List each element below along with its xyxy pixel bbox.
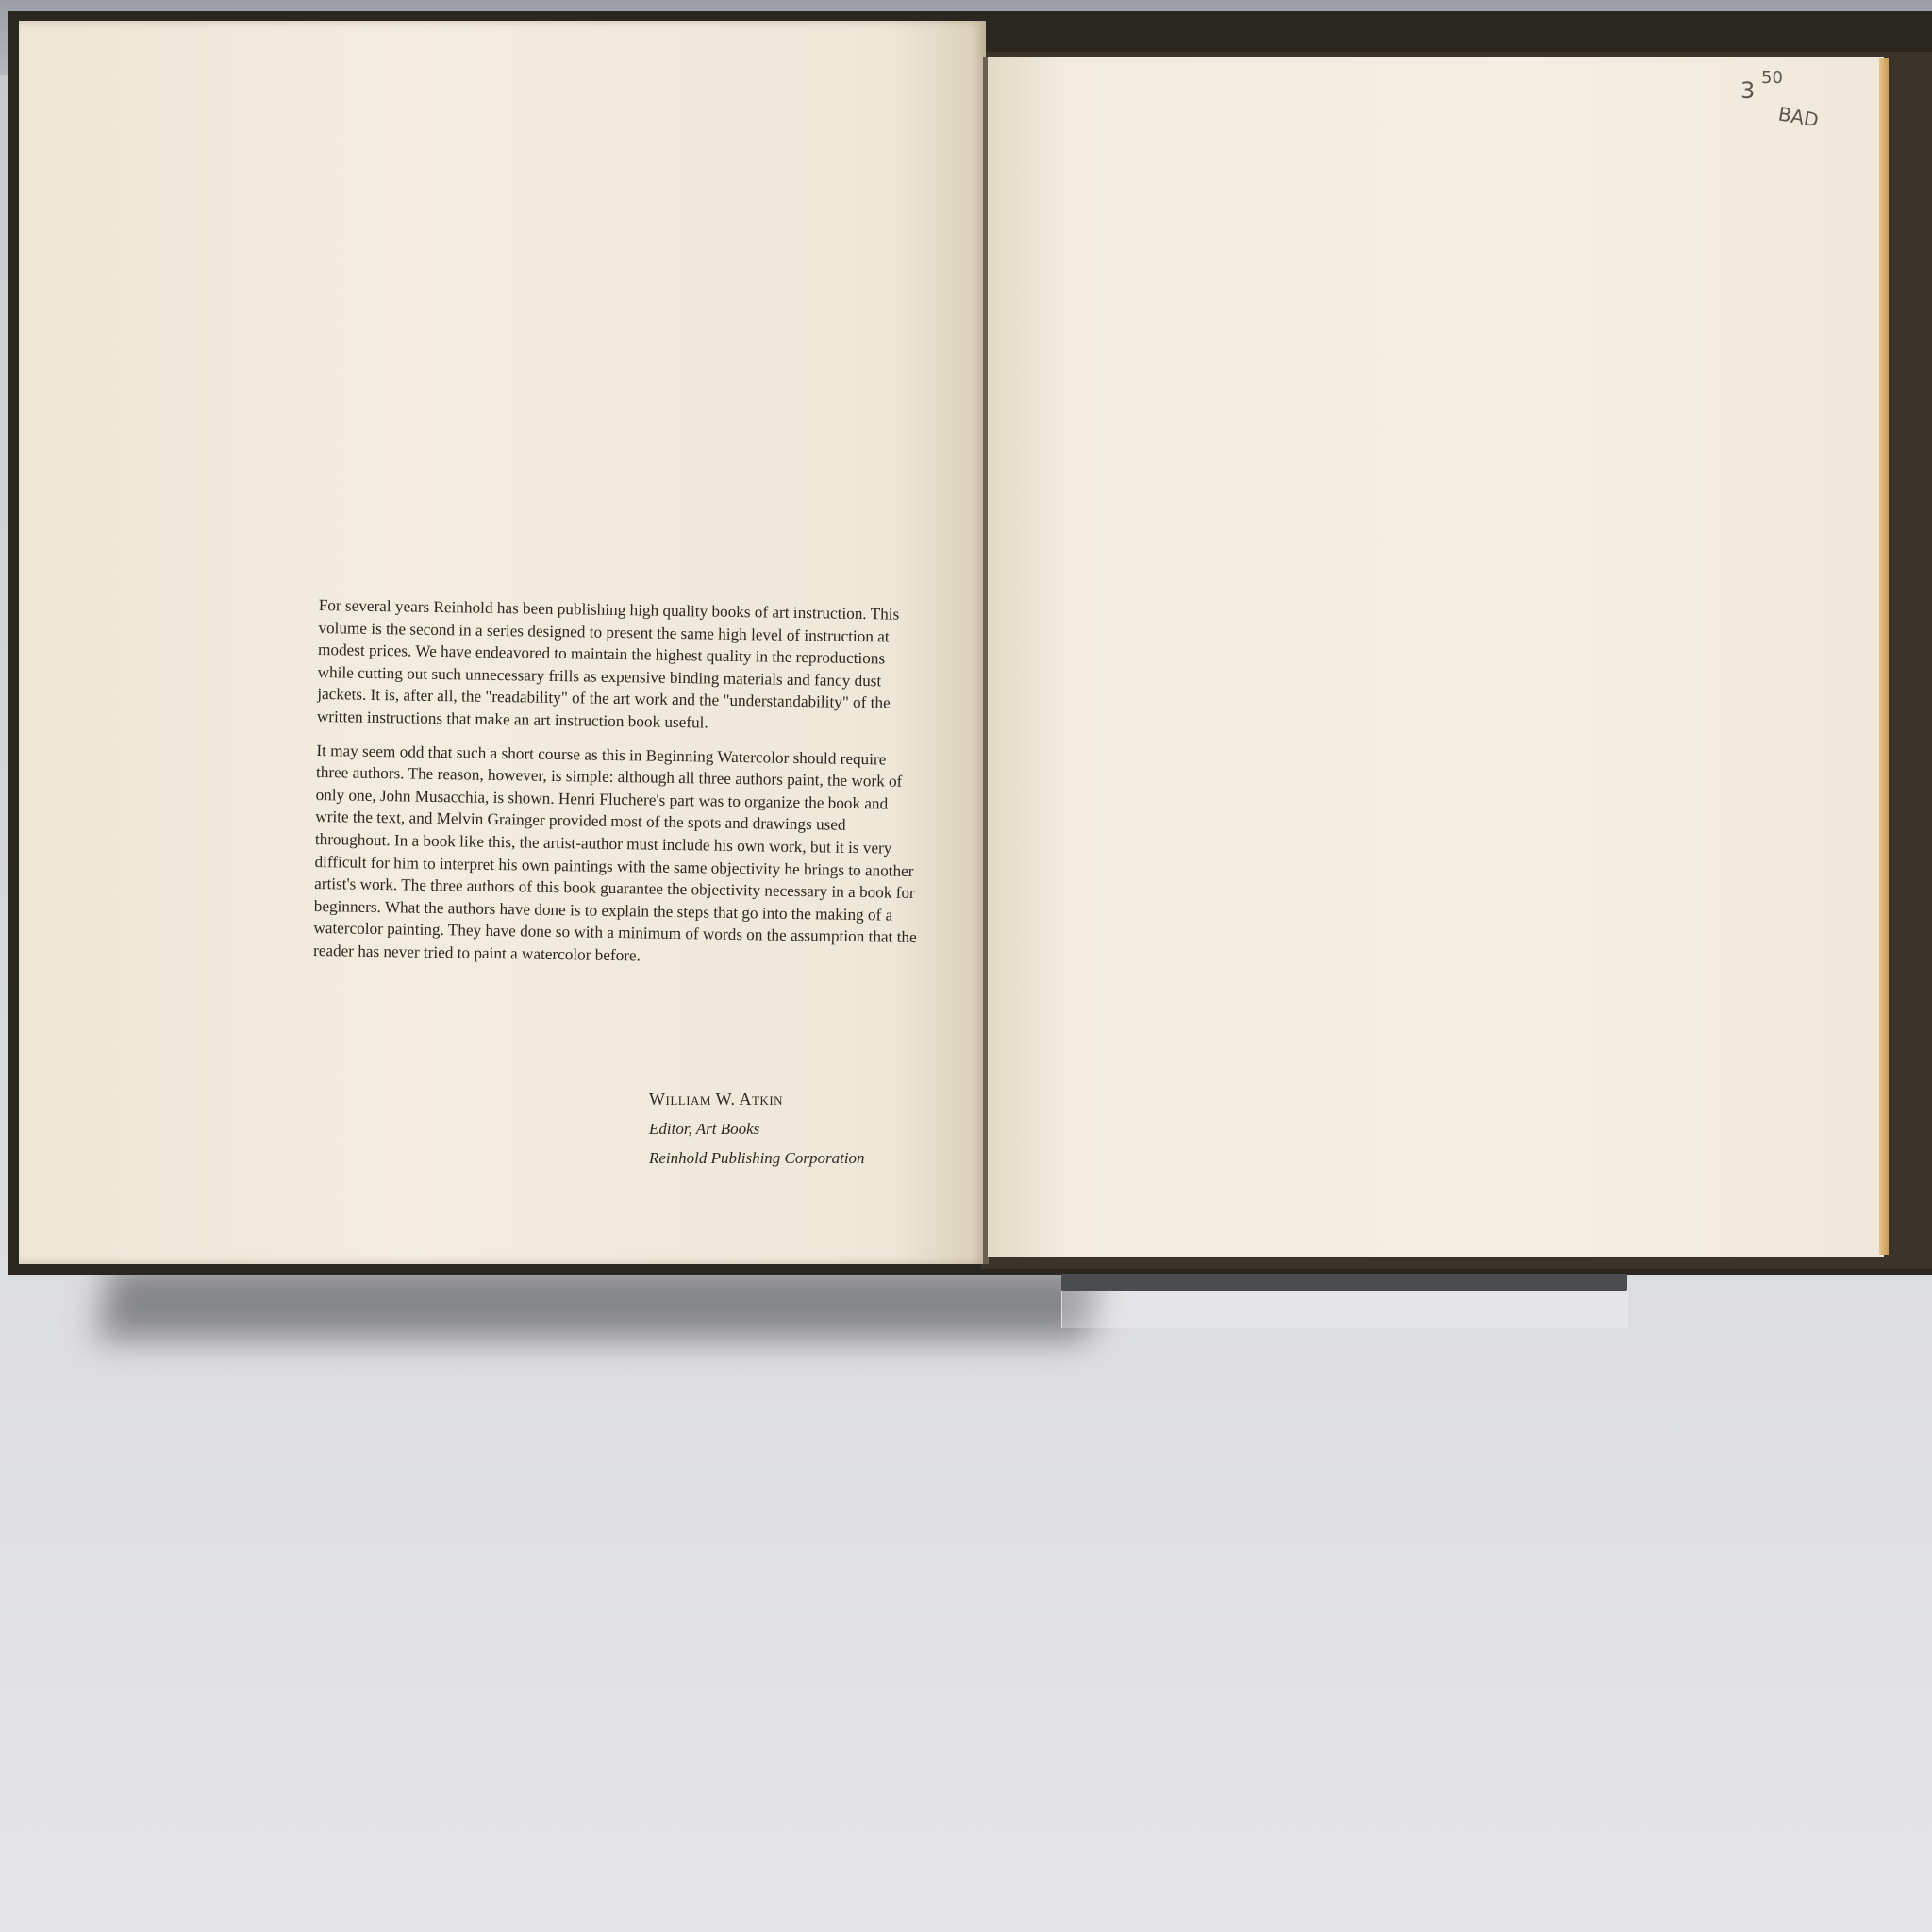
- signature-company: Reinhold Publishing Corporation: [649, 1143, 865, 1173]
- signature-block: William W. Atkin Editor, Art Books Reinh…: [649, 1085, 865, 1173]
- foreword-paragraph-1: For several years Reinhold has been publ…: [317, 594, 923, 738]
- foreword-text: For several years Reinhold has been publ…: [313, 594, 923, 983]
- pencil-price-note: 3 50 BAD: [1740, 68, 1891, 143]
- foreword-paragraph-2: It may seem odd that such a short course…: [313, 740, 921, 972]
- handwritten-code: BAD: [1776, 102, 1820, 131]
- handwritten-cents: 50: [1761, 68, 1783, 88]
- signature-name: William W. Atkin: [649, 1085, 865, 1114]
- book-shadow: [98, 1264, 1099, 1340]
- right-page: [988, 57, 1884, 1257]
- page-edge: [1879, 58, 1889, 1255]
- book-stand: [1061, 1274, 1627, 1291]
- book-stand-acrylic: [1061, 1291, 1628, 1328]
- signature-title: Editor, Art Books: [649, 1114, 865, 1143]
- handwritten-price: 3: [1740, 77, 1755, 104]
